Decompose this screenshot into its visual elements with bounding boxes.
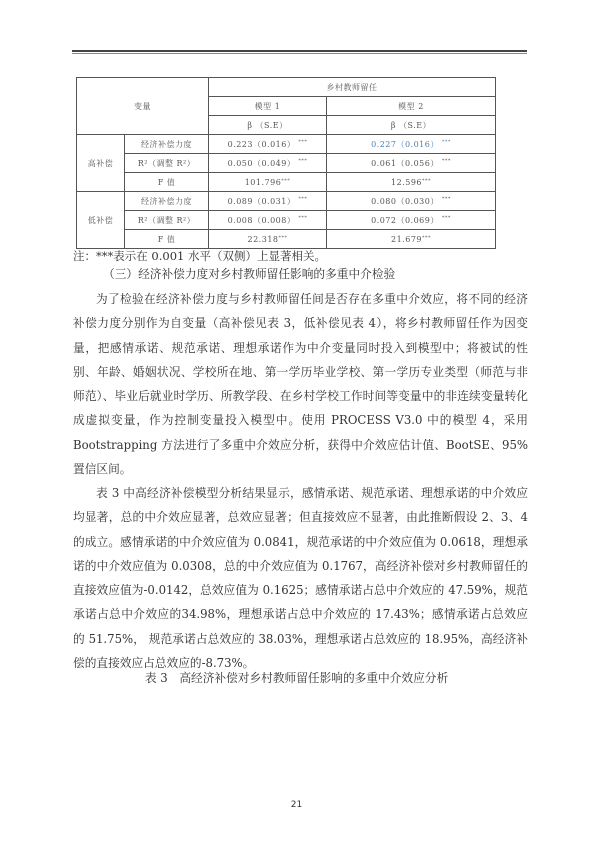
row-label: R²（调整 R²） <box>125 154 209 173</box>
group-label: 低补偿 <box>77 192 125 249</box>
cell-m1: 0.008（0.008） *** <box>209 211 327 230</box>
cell-m2: 0.061（0.056） *** <box>327 154 496 173</box>
cell-m1: 22.318*** <box>209 230 327 249</box>
table-row: 高补偿 经济补偿力度 0.223（0.016） *** 0.227（0.016）… <box>77 135 496 154</box>
header-rule <box>72 50 527 54</box>
cell-m2: 21.679*** <box>327 230 496 249</box>
group-label: 高补偿 <box>77 135 125 192</box>
cell-m1: 0.223（0.016） *** <box>209 135 327 154</box>
model1-header: 模型 1 <box>209 97 327 116</box>
model2-header: 模型 2 <box>327 97 496 116</box>
variable-header: 变量 <box>77 78 209 135</box>
cell-m1: 0.089（0.031） *** <box>209 192 327 211</box>
paragraph-1: 为了检验在经济补偿力度与乡村教师留任间是否存在多重中介效应，将不同的经济补偿力度… <box>73 287 528 481</box>
table-note: 注：***表示在 0.001 水平（双侧）上显著相关。 <box>73 248 326 264</box>
table-row: F 值 101.796*** 12.596*** <box>77 173 496 192</box>
row-label: R²（调整 R²） <box>125 211 209 230</box>
row-label: F 值 <box>125 230 209 249</box>
page-number: 21 <box>0 800 593 810</box>
beta-header-2: β （S.E） <box>327 116 496 135</box>
cell-m1: 0.050（0.049） *** <box>209 154 327 173</box>
section-heading: （三）经济补偿力度对乡村教师留任影响的多重中介检验 <box>103 266 395 282</box>
table-header-row: 变量 乡村教师留任 <box>77 78 496 97</box>
table-row: 低补偿 经济补偿力度 0.089（0.031） *** 0.080（0.030）… <box>77 192 496 211</box>
cell-m2: 12.596*** <box>327 173 496 192</box>
row-label: 经济补偿力度 <box>125 192 209 211</box>
table-row: R²（调整 R²） 0.008（0.008） *** 0.072（0.069） … <box>77 211 496 230</box>
paragraph-2: 表 3 中高经济补偿模型分析结果显示，感情承诺、规范承诺、理想承诺的中介效应均显… <box>73 481 528 675</box>
row-label: F 值 <box>125 173 209 192</box>
table-caption: 表 3 高经济补偿对乡村教师留任影响的多重中介效应分析 <box>0 670 593 686</box>
paragraph-1-block: 为了检验在经济补偿力度与乡村教师留任间是否存在多重中介效应，将不同的经济补偿力度… <box>73 287 528 481</box>
paragraph-2-block: 表 3 中高经济补偿模型分析结果显示，感情承诺、规范承诺、理想承诺的中介效应均显… <box>73 481 528 675</box>
dependent-variable-header: 乡村教师留任 <box>209 78 496 97</box>
cell-m2: 0.072（0.069） *** <box>327 211 496 230</box>
cell-m1: 101.796*** <box>209 173 327 192</box>
cell-m2: 0.227（0.016） *** <box>327 135 496 154</box>
table-row: R²（调整 R²） 0.050（0.049） *** 0.061（0.056） … <box>77 154 496 173</box>
regression-table: 变量 乡村教师留任 模型 1 模型 2 β （S.E） β （S.E） 高补偿 … <box>76 77 496 249</box>
cell-m2: 0.080（0.030） *** <box>327 192 496 211</box>
row-label: 经济补偿力度 <box>125 135 209 154</box>
beta-header-1: β （S.E） <box>209 116 327 135</box>
table-row: F 值 22.318*** 21.679*** <box>77 230 496 249</box>
